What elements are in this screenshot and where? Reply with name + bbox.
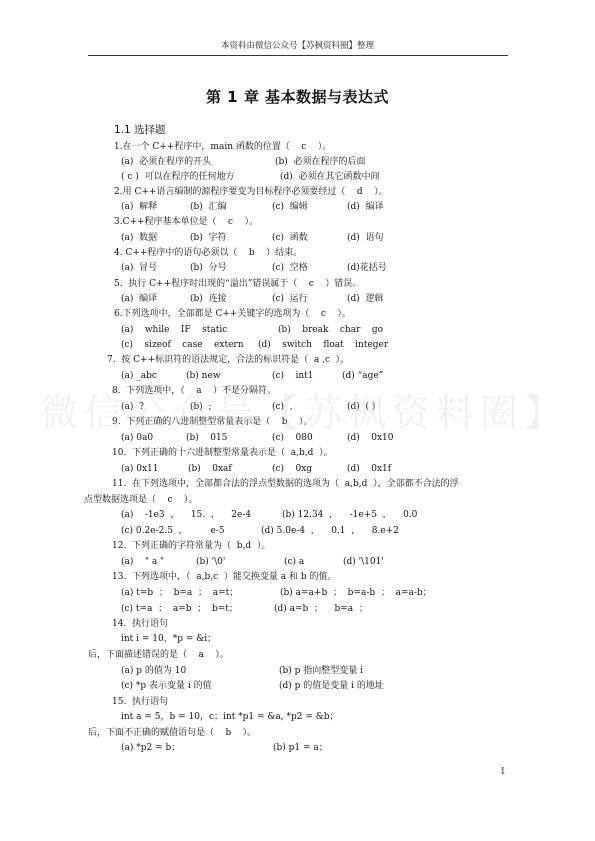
question-text: 15. 执行语句 bbox=[112, 696, 168, 708]
answer-option: (d) 0x10 bbox=[347, 432, 393, 444]
question-text: 点型数据选项是（ c ）。 bbox=[84, 494, 197, 506]
answer-option: (d)花括号 bbox=[347, 262, 387, 274]
answer-option: (d) 0x1f bbox=[347, 463, 391, 475]
header-divider bbox=[88, 55, 508, 56]
answer-option: (c) a bbox=[284, 556, 304, 568]
answer-option: (c) 运行 bbox=[272, 293, 308, 305]
answer-option: (a) t=b ； b=a ； a=t； bbox=[121, 587, 238, 599]
answer-option: (b) new bbox=[186, 370, 220, 382]
answer-option: (a) 冒号 bbox=[121, 262, 157, 274]
answer-option: (c) 空格 bbox=[272, 262, 308, 274]
question-text: 后，下面描述错误的是（ a ）。 bbox=[88, 649, 229, 661]
answer-option: (c) 080 bbox=[272, 432, 313, 444]
question-text: 7. 按 C++标识符的语法规定，合法的标识符是（ a ,c ）。 bbox=[107, 354, 349, 366]
answer-option: (c) , bbox=[272, 401, 293, 413]
answer-option: (d) 必须在其它函数中间 bbox=[280, 171, 380, 183]
page-number: 1 bbox=[500, 767, 506, 777]
question-text: int i = 10，*p = &i； bbox=[121, 633, 216, 645]
answer-option: (a) 必须在程序的开头 bbox=[121, 156, 211, 168]
answer-option: (b) 连接 bbox=[190, 293, 227, 305]
answer-option: (b) 字符 bbox=[190, 232, 227, 244]
answer-option: (a) 数据 bbox=[121, 232, 157, 244]
answer-option: (a) while IF static bbox=[121, 324, 227, 336]
answer-option: (a) -1e3 ， 15. ， 2e-4 bbox=[121, 509, 251, 521]
answer-option: (b) 0xaf bbox=[188, 463, 232, 475]
answer-option: (d) 编译 bbox=[347, 201, 384, 213]
question-text: 10. 下列正确的十六进制整型常量表示是（ a,b,d ）。 bbox=[112, 447, 333, 459]
answer-option: (d) p 的值是变量 i 的地址 bbox=[279, 680, 384, 692]
answer-option: (a) ? bbox=[121, 401, 144, 413]
answer-option: (d) 语句 bbox=[347, 232, 384, 244]
header-text: 本资料由微信公众号【苏枫资料圈】整理 bbox=[0, 39, 595, 51]
answer-option: (d) 逻辑 bbox=[347, 293, 384, 305]
question-text: 3.C++程序基本单位是（ c ）。 bbox=[114, 216, 258, 228]
question-text: 1.在一个 C++程序中，main 函数的位置（ c ）。 bbox=[114, 141, 331, 153]
answer-option: (a) *p2 = b； bbox=[121, 742, 180, 754]
answer-option: (b) 12.34 ， -1e+5 ， 0.0 bbox=[282, 509, 417, 521]
answer-option: (c) 0.2e-2.5 ， e-5 bbox=[121, 525, 225, 537]
question-text: 后，下面不正确的赋值语句是（ b ）。 bbox=[88, 727, 256, 739]
answer-option: (a) " a " bbox=[121, 556, 164, 568]
question-text: 14. 执行语句 bbox=[112, 618, 168, 630]
answer-option: (c) 编辑 bbox=[272, 201, 308, 213]
answer-option: (a) 0x11 bbox=[121, 463, 159, 475]
answer-option: (c) *p 表示变量 i 的值 bbox=[121, 680, 212, 692]
answer-option: (b) break char go bbox=[278, 324, 383, 336]
answer-option: (a) 编译 bbox=[121, 293, 157, 305]
answer-option: (d) ( ) bbox=[347, 401, 375, 413]
answer-option: (a) 0a0 bbox=[121, 432, 153, 444]
question-text: int a = 5，b = 10，c；int *p1 = &a, *p2 = &… bbox=[121, 711, 339, 723]
answer-option: (c) sizeof case extern bbox=[121, 339, 244, 351]
question-text: 5. 执行 C++程序时出现的“溢出”错误属于（ c ）错误。 bbox=[114, 278, 361, 290]
chapter-title: 第 1 章 基本数据与表达式 bbox=[0, 86, 595, 107]
question-text: 11. 在下列选项中，全部都合法的浮点型数据的选项为（ a,b,d ），全部都不… bbox=[112, 478, 459, 490]
answer-option: (b) '\0' bbox=[196, 556, 225, 568]
answer-option: (d) switch float integer bbox=[258, 339, 388, 351]
question-text: 9. 下列正确的八进制整型常量表示是（ b ）。 bbox=[112, 416, 312, 428]
answer-option: (b) p1 = a； bbox=[273, 742, 328, 754]
answer-option: (b) p 指向整型变量 i bbox=[279, 665, 363, 677]
answer-option: (c) t=a ； a=b ； b=t； bbox=[121, 603, 238, 615]
question-text: 13. 下列选项中，（ a,b,c ）能交换变量 a 和 b 的值。 bbox=[112, 571, 336, 583]
answer-option: (d) 5.0e-4 ， 0.1 ， 8.e+2 bbox=[261, 525, 399, 537]
answer-option: (c) int1 bbox=[272, 370, 314, 382]
question-text: 4. C++程序中的语句必须以（ b ）结束。 bbox=[114, 247, 302, 259]
question-text: 2.用 C++语言编制的源程序要变为目标程序必须要经过（ d ）。 bbox=[114, 186, 388, 198]
answer-option: (d) '\101' bbox=[343, 556, 384, 568]
answer-option: (a) 解释 bbox=[121, 201, 157, 213]
answer-option: (d) a=b ； b=a ； bbox=[274, 603, 368, 615]
answer-option: (b) 分号 bbox=[190, 262, 227, 274]
answer-option: (b) 015 bbox=[186, 432, 227, 444]
answer-option: (c) 0xg bbox=[272, 463, 312, 475]
question-text: 12. 下列正确的字符常量为（ b,d ）。 bbox=[112, 540, 270, 552]
answer-option: (b) 必须在程序的后面 bbox=[275, 156, 366, 168]
question-text: 6.下列选项中，全部都是 C++关键字的选项为（ c ）。 bbox=[114, 308, 351, 320]
answer-option: (b) ; bbox=[190, 401, 212, 413]
section-title: 1.1 选择题 bbox=[114, 122, 166, 137]
answer-option: ( c ) 可以在程序的任何地方 bbox=[121, 171, 235, 183]
answer-option: (d) “age” bbox=[342, 370, 383, 382]
question-text: 8. 下列选项中，（ a ）不是分隔符。 bbox=[112, 385, 276, 397]
answer-option: (a) _abc bbox=[121, 370, 157, 382]
answer-option: (b) a=a+b ； b=a-b ； a=a-b； bbox=[280, 587, 432, 599]
answer-option: (c) 函数 bbox=[272, 232, 308, 244]
answer-option: (a) p 的值为 10 bbox=[121, 665, 186, 677]
answer-option: (b) 汇编 bbox=[190, 201, 227, 213]
